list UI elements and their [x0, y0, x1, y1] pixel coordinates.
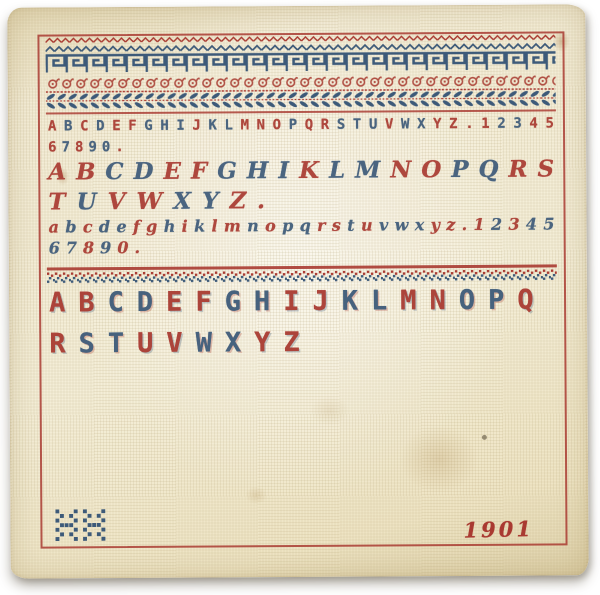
large-alphabet-row-2: RSTUVWXYZ: [49, 327, 555, 365]
sampler-fabric: ABCDEFGHIJKLMNOPQRSTUVWXYZ.12345 67890. …: [7, 4, 588, 579]
vine-leaf-border-icon: [46, 87, 556, 110]
large-alphabet-row-1: ABCDEFGHIJKLMNOPQ: [49, 286, 555, 324]
script-capitals-row-2: TUVWXYZ.: [48, 187, 554, 217]
scroll-border-icon: [46, 71, 556, 90]
block-alphabet-row-2: 67890.: [48, 137, 554, 156]
stitched-year-1901: 1901: [463, 516, 534, 543]
divider-checker-band-icon: [47, 269, 557, 283]
block-alphabet-row-1: ABCDEFGHIJKLMNOPQRSTUVWXYZ.12345: [48, 116, 554, 135]
stitched-monogram-hh: [55, 509, 106, 545]
sampler-content: ABCDEFGHIJKLMNOPQRSTUVWXYZ.12345 67890. …: [39, 33, 565, 546]
stitched-border-line: ABCDEFGHIJKLMNOPQRSTUVWXYZ.12345 67890. …: [37, 31, 567, 548]
script-capitals-row-1: ABCDEFGHIKLMNOPQRS: [48, 157, 554, 190]
greek-key-border-icon: [46, 50, 556, 74]
script-lowercase-row-2: 67890.: [49, 237, 555, 261]
ornament-band-stack: [45, 33, 555, 114]
